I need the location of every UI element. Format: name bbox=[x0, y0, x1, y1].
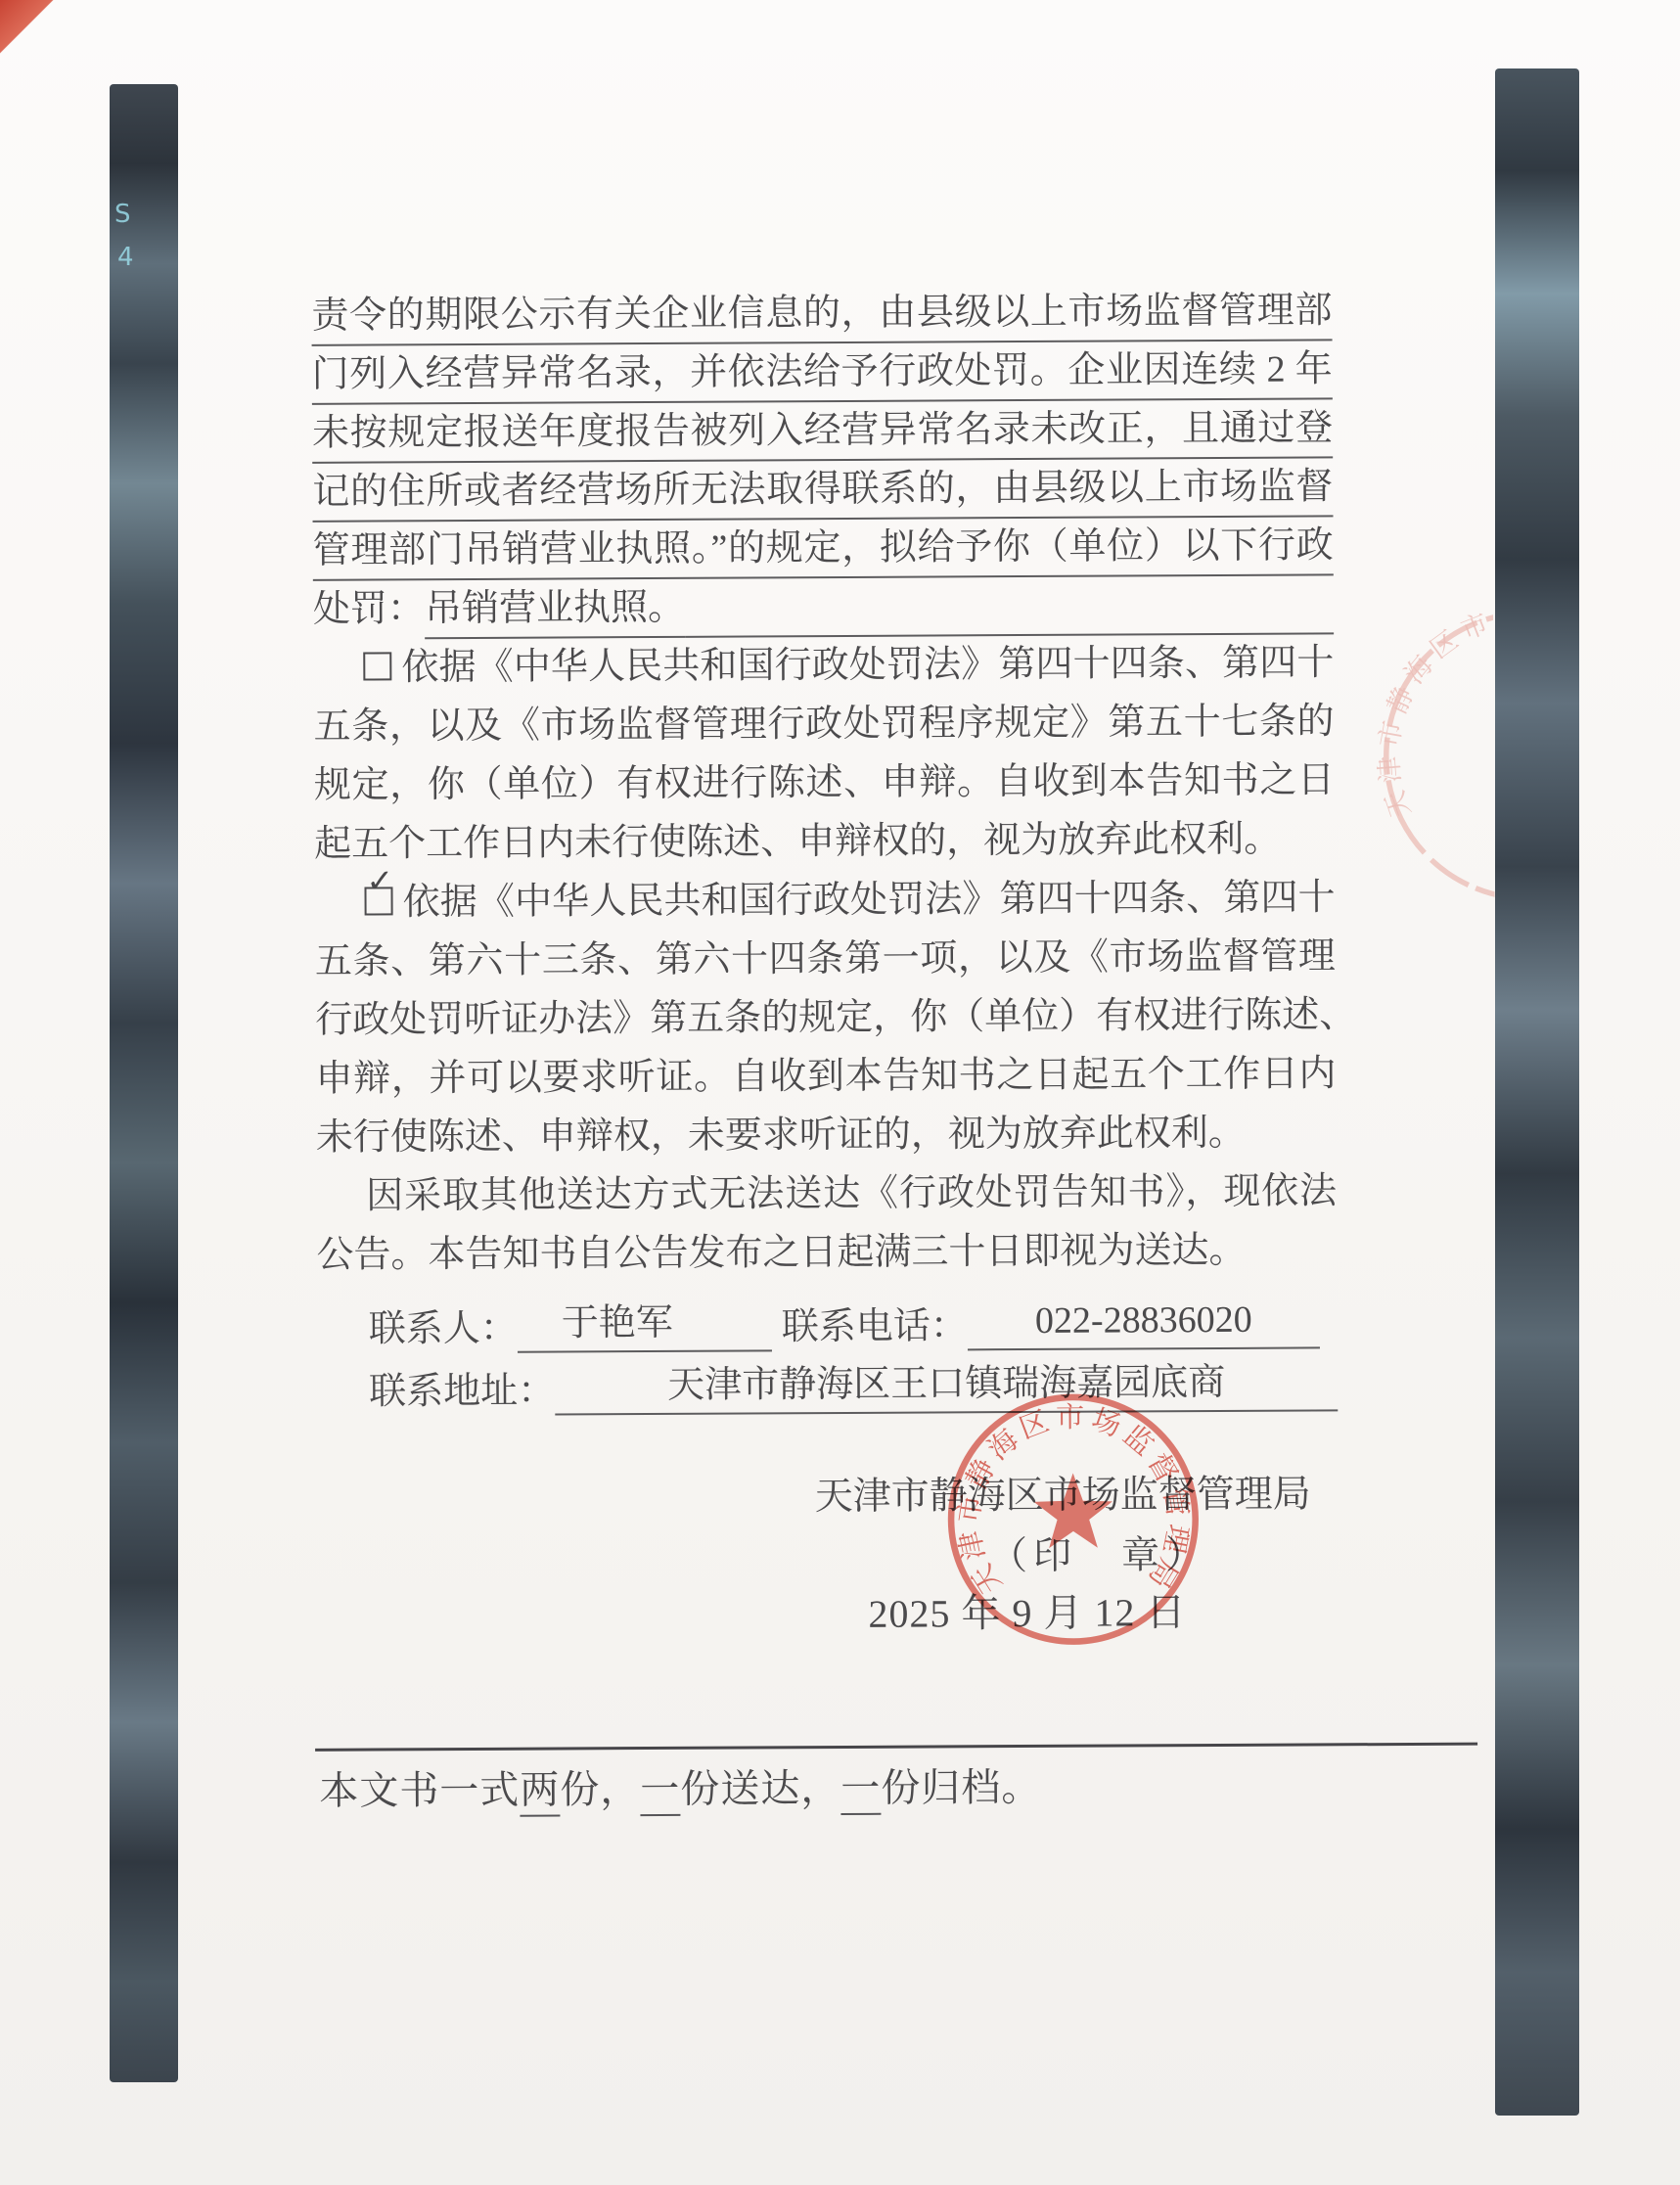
copies-note-text: 份送达， bbox=[680, 1766, 840, 1811]
copies-note-text: 本文书一式 bbox=[319, 1768, 520, 1813]
document-body: 责令的期限公示有关企业信息的，由县级以上市场监督管理部 门列入经营异常名录，并依… bbox=[311, 283, 1337, 1286]
quoted-provision-line: 门列入经营异常名录，并依法给予行政处罚。企业因连续 2 年 bbox=[312, 341, 1333, 404]
contact-person-label: 联系人： bbox=[369, 1304, 518, 1354]
quoted-provision-line: 责令的期限公示有关企业信息的，由县级以上市场监督管理部 bbox=[311, 283, 1332, 345]
copies-note-underlined: 两 bbox=[520, 1768, 560, 1817]
statement-right-paragraph-line: 五条，以及《市场监督管理行政处罚程序规定》第五十七条的 bbox=[313, 694, 1334, 756]
statement-right-paragraph-line: 依据《中华人民共和国行政处罚法》第四十四条、第四十 bbox=[313, 635, 1334, 698]
official-seal-partial-graphic: 天津市静海区市场监督管理局 bbox=[1301, 595, 1495, 925]
blank-underline bbox=[685, 576, 1334, 637]
hearing-right-text: 依据《中华人民共和国行政处罚法》第四十四条、第四十 bbox=[402, 877, 1335, 923]
official-seal-graphic: 天津市静海区市场监督管理局 bbox=[920, 1368, 1227, 1675]
quoted-provision-line: 管理部门吊销营业执照。”的规定，拟给予你（单位）以下行政 bbox=[313, 518, 1334, 580]
public-announcement-line: 公告。本告知书自公告发布之日起满三十日即视为送达。 bbox=[316, 1222, 1337, 1285]
copies-note-text: 份， bbox=[560, 1767, 640, 1811]
public-announcement-line: 因采取其他送达方式无法送达《行政处罚告知书》，现依法 bbox=[316, 1163, 1337, 1226]
seal-star-icon bbox=[1033, 1473, 1112, 1548]
hearing-right-paragraph-line: ✓依据《中华人民共和国行政处罚法》第四十四条、第四十 bbox=[314, 870, 1335, 933]
quoted-provision-line: 记的住所或者经营场所无法取得联系的，由县级以上市场监督 bbox=[312, 459, 1333, 522]
statement-right-text: 依据《中华人民共和国行政处罚法》第四十四条、第四十 bbox=[401, 642, 1334, 688]
contact-address-label: 联系地址： bbox=[369, 1367, 555, 1417]
copies-note: 本文书一式两份，一份送达，一份归档。 bbox=[319, 1756, 1041, 1816]
official-seal-partial: 天津市静海区市场监督管理局 bbox=[1301, 595, 1495, 925]
hearing-right-paragraph-line: 行政处罚听证办法》第五条的规定，你（单位）有权进行陈述、 bbox=[315, 987, 1336, 1050]
statement-right-paragraph-line: 起五个工作日内未行使陈述、申辩权的，视为放弃此权利。 bbox=[314, 811, 1335, 874]
penalty-decision-line: 处罚：吊销营业执照。 bbox=[313, 576, 1334, 639]
penalty-value: 吊销营业执照。 bbox=[425, 580, 685, 639]
penalty-prefix: 处罚： bbox=[313, 581, 425, 640]
check-mark-icon: ✓ bbox=[366, 864, 393, 896]
official-seal: 天津市静海区市场监督管理局 bbox=[920, 1368, 1227, 1675]
quoted-provision-line: 未按规定报送年度报告被列入经营异常名录未改正，且通过登 bbox=[312, 400, 1333, 463]
contact-phone-label: 联系电话： bbox=[782, 1301, 968, 1351]
footer-divider bbox=[315, 1743, 1477, 1752]
document-page: 责令的期限公示有关企业信息的，由县级以上市场监督管理部 门列入经营异常名录，并依… bbox=[0, 0, 1680, 2185]
copies-note-text: 份归档。 bbox=[881, 1765, 1041, 1810]
checkbox-checked: ✓ bbox=[364, 887, 392, 915]
contact-person-row: 联系人： 于艳军 联系电话： 022-28836020 bbox=[369, 1295, 1338, 1353]
statement-right-paragraph-line: 规定，你（单位）有权进行陈述、申辩。自收到本告知书之日 bbox=[314, 752, 1335, 815]
copies-note-underlined: 一 bbox=[840, 1766, 881, 1815]
contact-person-value: 于艳军 bbox=[518, 1297, 772, 1352]
hearing-right-paragraph-line: 申辩，并可以要求听证。自收到本告知书之日起五个工作日内 bbox=[315, 1046, 1336, 1109]
checkbox-unchecked bbox=[363, 652, 391, 680]
copies-note-underlined: 一 bbox=[640, 1767, 680, 1816]
scanned-administrative-penalty-notice: { "body": { "quote_lines": [ "责令的期限公示有关企… bbox=[0, 0, 1680, 2185]
contact-phone-value: 022-28836020 bbox=[968, 1295, 1320, 1350]
hearing-right-paragraph-line: 未行使陈述、申辩权，未要求听证的，视为放弃此权利。 bbox=[316, 1105, 1337, 1167]
hearing-right-paragraph-line: 五条、第六十三条、第六十四条第一项，以及《市场监督管理 bbox=[315, 929, 1336, 991]
